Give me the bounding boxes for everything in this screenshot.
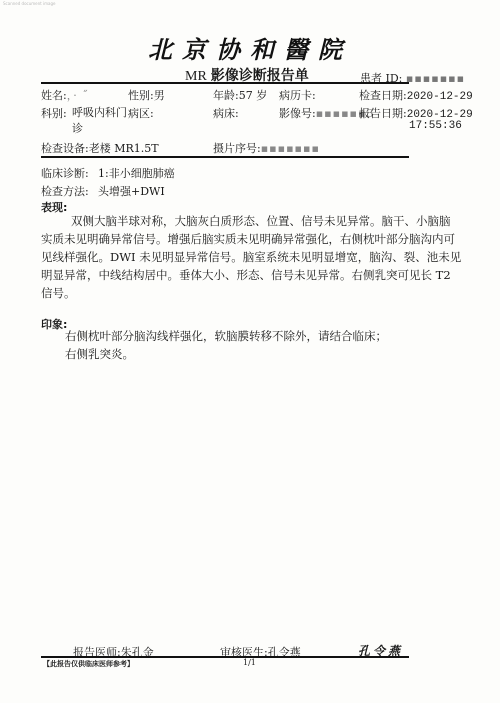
patient-id: 患者 ID: ▪▪▪▪▪▪▪ [360, 70, 465, 86]
age-value: 57 岁 [239, 89, 268, 102]
bed-label: 病床: [213, 107, 239, 120]
exam-date-field: 检查日期:2020-12-29 [359, 87, 473, 103]
header-rule [41, 82, 409, 84]
equipment-field: 检查设备:老楼 MR1.5T [41, 140, 159, 156]
hospital-name: 北京协和醫院 [0, 30, 500, 65]
findings-line: 实质未见明确异常信号。增强后脑实质未见明确异常强化，右侧枕叶部分脑沟内可 [41, 230, 461, 248]
disclaimer: 【此报告仅供临床医师参考】 [43, 659, 134, 669]
info-rule [41, 156, 409, 158]
sex-field: 性别:男 [128, 87, 165, 103]
page-number: 1/1 [243, 658, 256, 667]
findings-line: 明显异常，中线结构居中。垂体大小、形态、信号未见异常。右侧乳突可见长 T2 [41, 266, 461, 284]
name-field: 姓名:，· ˝ [41, 87, 89, 103]
equipment-label: 检查设备: [41, 142, 89, 155]
department-value-line1: 呼吸内科门 [72, 105, 127, 121]
clinical-diagnosis-value: 1:非小细胞肺癌 [98, 165, 175, 181]
department-value-line2: 诊 [72, 121, 127, 137]
equipment-value: 老楼 MR1.5T [89, 142, 159, 155]
clinical-diagnosis-label: 临床诊断: [41, 165, 89, 181]
impression-text: 右侧枕叶部分脑沟线样强化，软脑膜转移不除外，请结合临床； 右侧乳突炎。 [65, 327, 387, 363]
exam-date-label: 检查日期: [359, 89, 407, 102]
sex-label: 性别: [128, 89, 154, 102]
name-label: 姓名: [41, 89, 67, 102]
name-value: ，· ˝ [67, 89, 89, 102]
department-value: 呼吸内科门 诊 [72, 105, 127, 137]
exam-method-label: 检查方法: [41, 183, 89, 199]
film-no-label: 摄片序号: [213, 142, 261, 155]
film-no-field: 摄片序号:▪▪▪▪▪▪▪ [213, 140, 320, 156]
impression-line: 右侧乳突炎。 [65, 345, 387, 363]
footer-rule [41, 656, 409, 658]
report-time-value: 17:55:36 [409, 120, 462, 132]
image-no-label: 影像号: [279, 107, 316, 120]
findings-text: 双侧大脑半球对称，大脑灰白质形态、位置、信号未见异常。脑干、小脑脑 实质未见明确… [41, 212, 461, 302]
record-card-label: 病历卡: [279, 89, 316, 102]
film-no-value: ▪▪▪▪▪▪▪ [261, 142, 320, 155]
patient-id-value: ▪▪▪▪▪▪▪ [406, 72, 465, 85]
record-card-field: 病历卡: [279, 87, 316, 103]
watermark: Scanned document image [3, 1, 55, 6]
age-label: 年龄: [213, 89, 239, 102]
age-field: 年龄:57 岁 [213, 87, 267, 103]
exam-date-value: 2020-12-29 [407, 91, 473, 103]
department-label: 科别: [41, 105, 67, 121]
report-date-label: 报告日期: [359, 107, 407, 120]
report-date-field: 报告日期:2020-12-29 [359, 105, 473, 121]
findings-line: 见线样强化。DWI 未见明显异常信号。脑室系统未见明显增宽，脑沟、裂、池未见 [41, 248, 461, 266]
impression-label: 印象: [41, 316, 67, 332]
findings-line: 信号。 [41, 284, 461, 302]
ward-label: 病区: [128, 107, 154, 120]
bed-field: 病床: [213, 105, 239, 121]
impression-line: 右侧枕叶部分脑沟线样强化，软脑膜转移不除外，请结合临床； [65, 327, 387, 345]
exam-method-value: 头增强+DWI [98, 183, 165, 199]
sex-value: 男 [154, 89, 165, 102]
findings-line: 双侧大脑半球对称，大脑灰白质形态、位置、信号未见异常。脑干、小脑脑 [41, 212, 461, 230]
ward-field: 病区: [128, 105, 154, 121]
